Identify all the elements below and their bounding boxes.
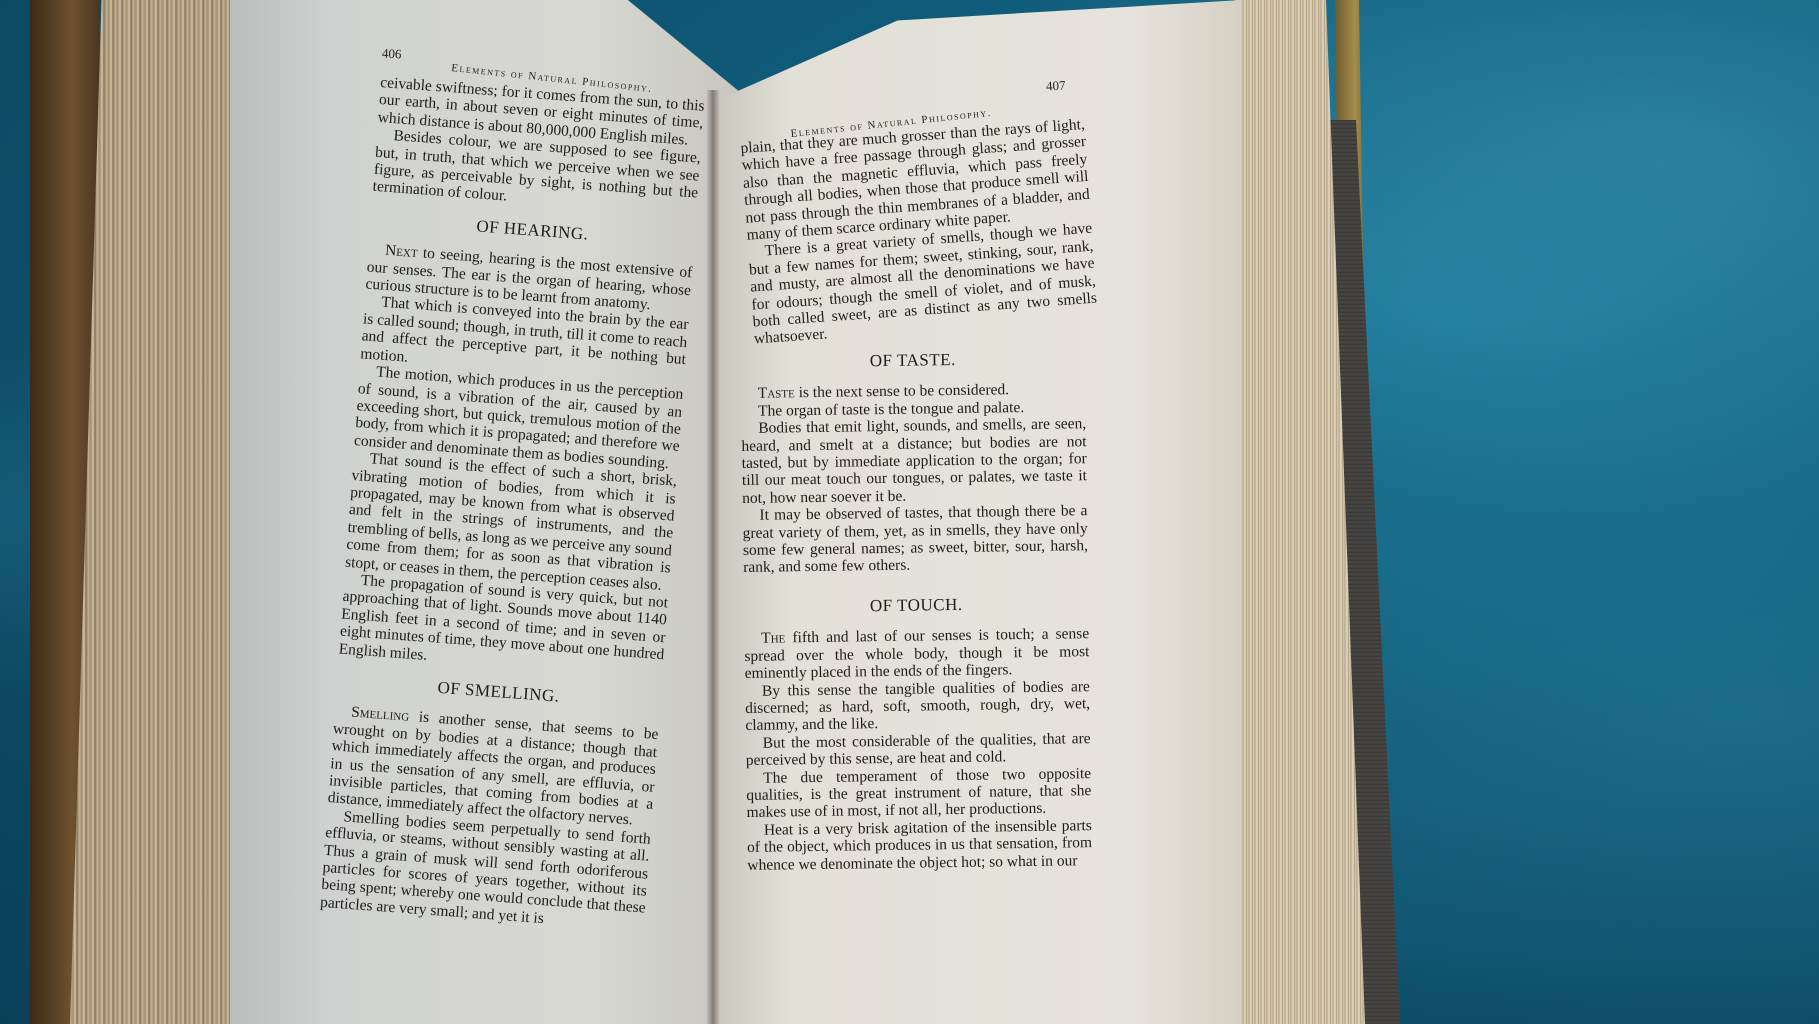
paragraph: But the most considerable of the qualiti… <box>746 730 1091 770</box>
paragraph: Heat is a very brisk agitation of the in… <box>747 817 1093 874</box>
lead-word: The <box>761 630 785 647</box>
paragraph: That sound is the effect of such a short… <box>345 449 678 594</box>
right-page-number: 407 <box>1046 78 1066 95</box>
right-page-text-upper: plain, that they are much grosser than t… <box>740 116 1099 348</box>
section-heading-touch: OF TOUCH. <box>744 594 1089 616</box>
paragraph: The due temperament of those two opposit… <box>746 765 1092 822</box>
lead-word: Taste <box>758 385 795 403</box>
lead-word: Next <box>385 242 419 261</box>
right-page-text-lower: OF TASTE. Taste is the next sense to be … <box>740 335 1092 874</box>
paragraph: Bodies that emit light, sounds, and smel… <box>741 415 1087 507</box>
section-heading-taste: OF TASTE. <box>740 349 1085 371</box>
book-gutter <box>706 90 720 1024</box>
left-page-text: ceivable swiftness; for it comes from th… <box>320 74 706 935</box>
paragraph: By this sense the tangible qualities of … <box>745 678 1091 735</box>
paragraph: The fifth and last of our senses is touc… <box>744 625 1090 682</box>
paragraph: It may be observed of tastes, that thoug… <box>742 502 1088 576</box>
left-page-number: 406 <box>382 46 402 63</box>
